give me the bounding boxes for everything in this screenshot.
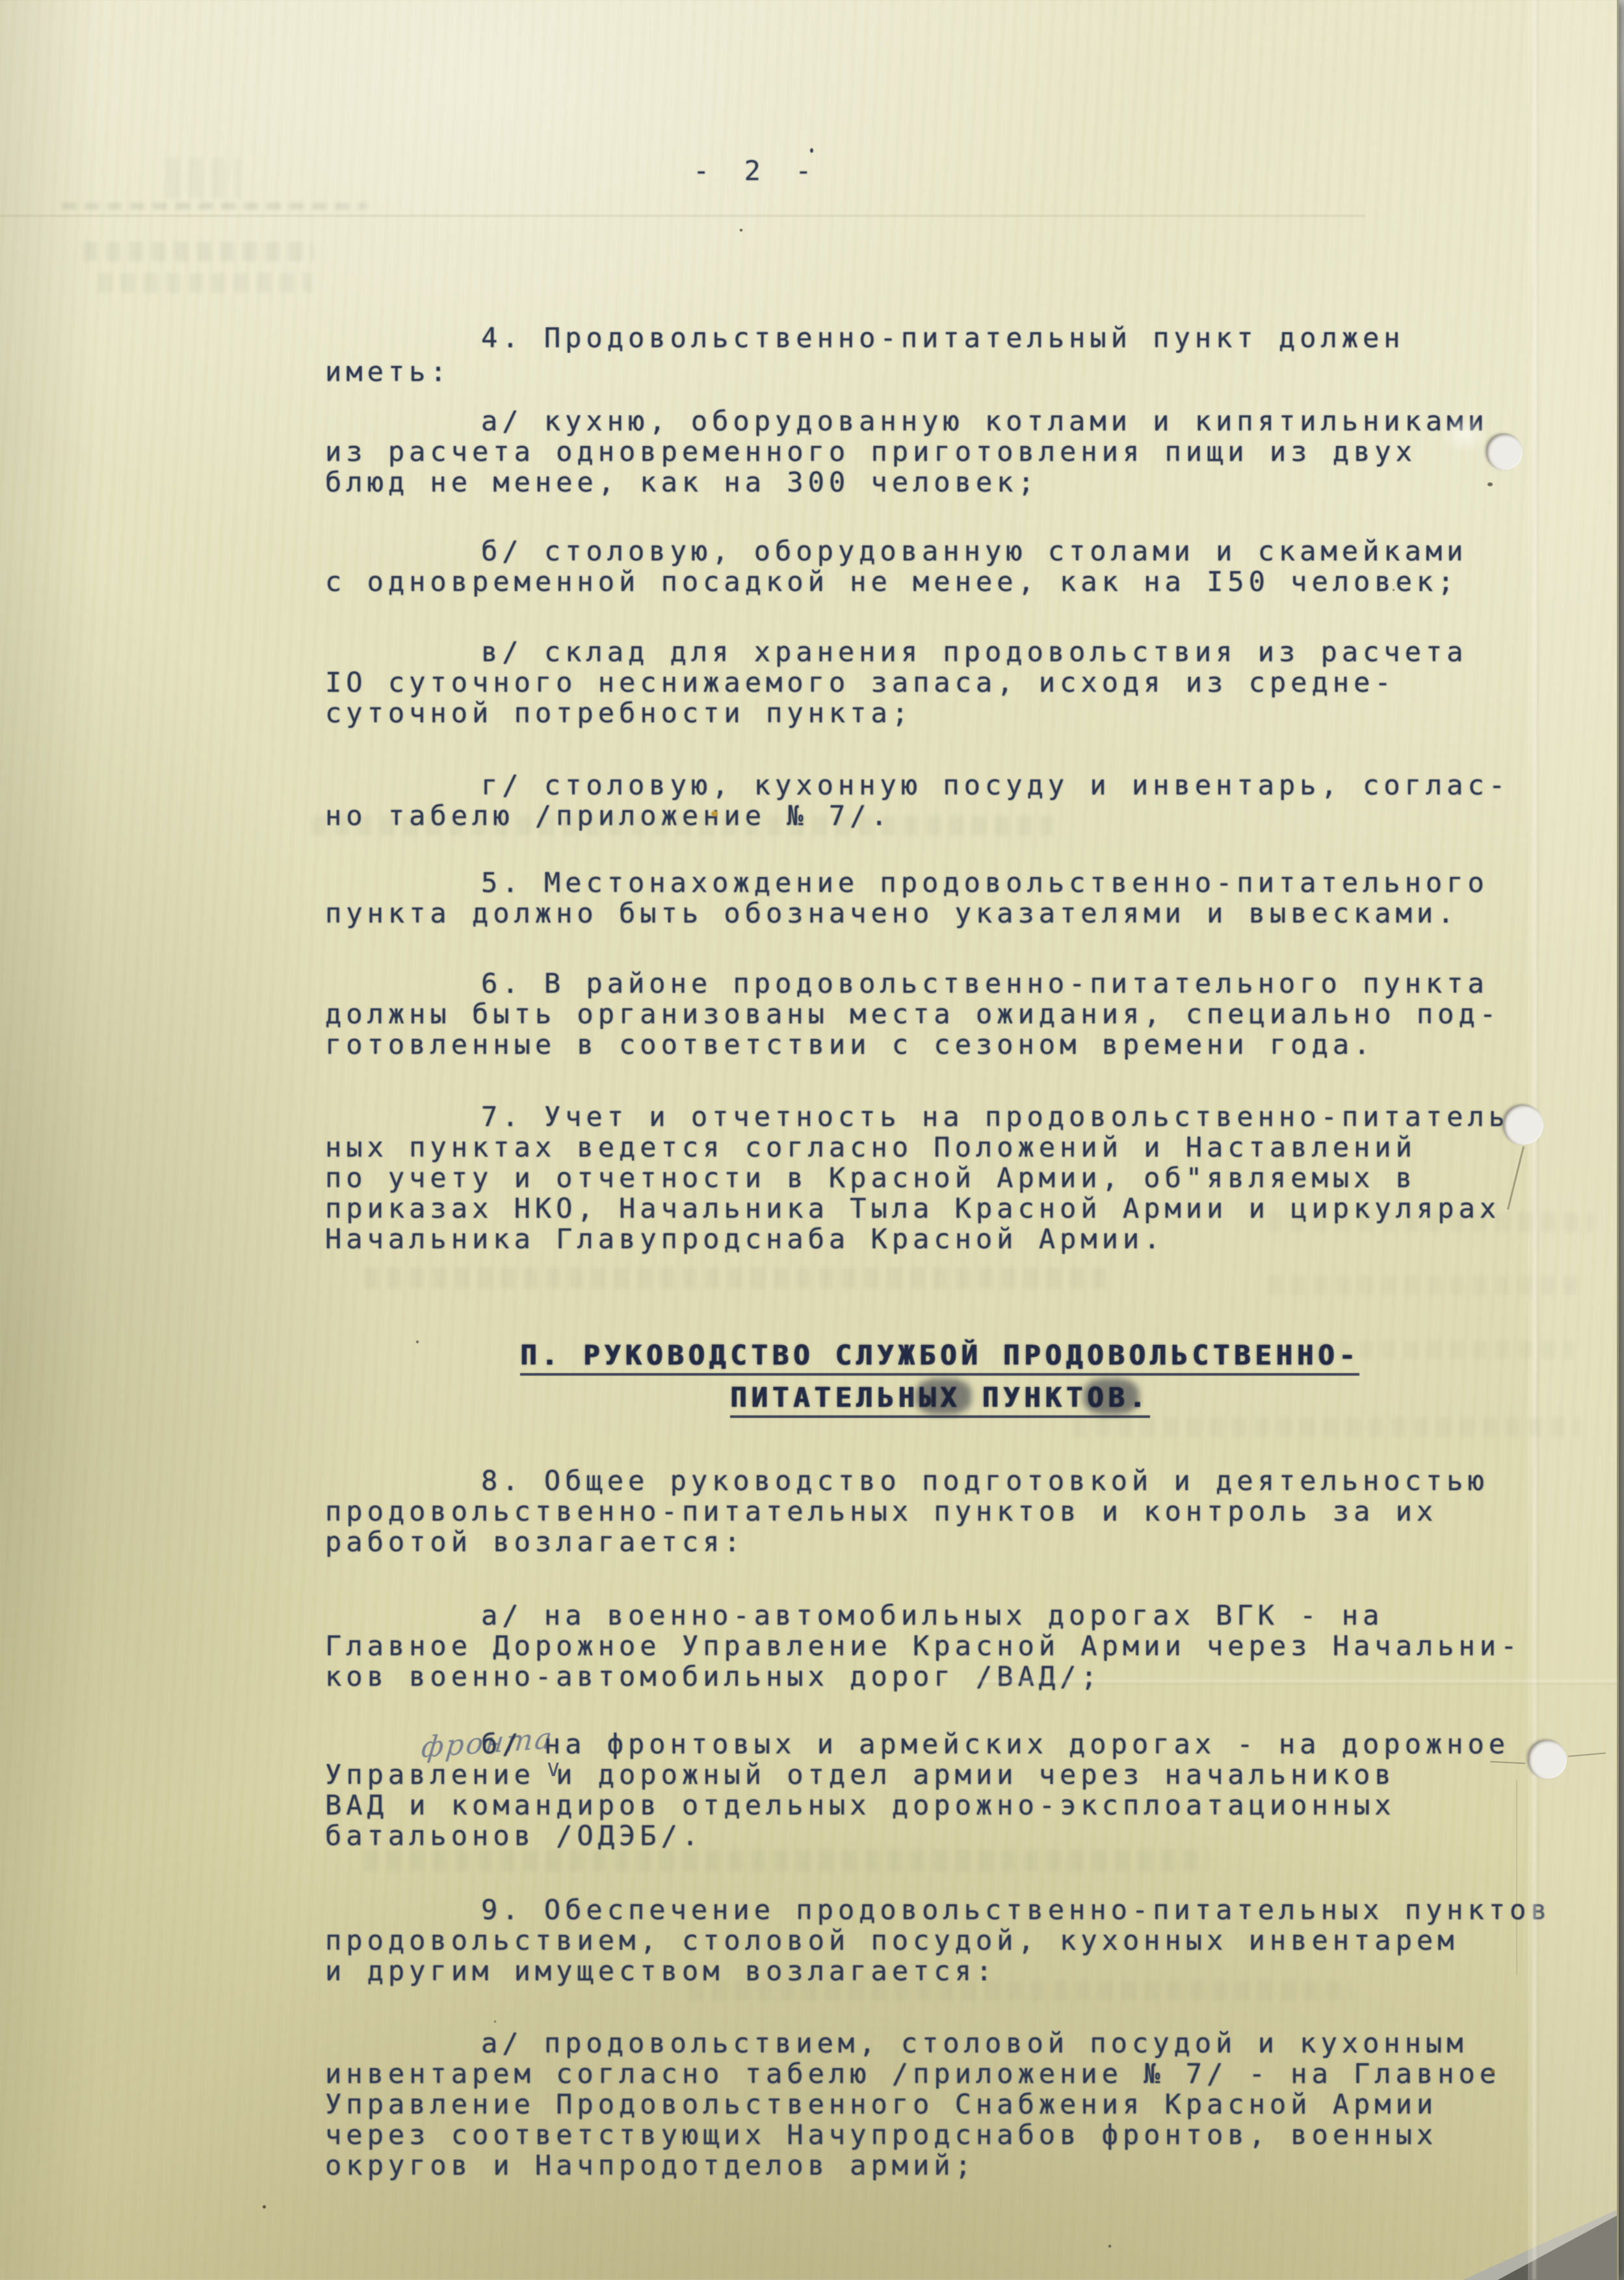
typed-line: б/ столовую, оборудованную столами и ска… [481, 536, 1467, 566]
typed-line: через соответствующих Начупродснабов фро… [325, 2120, 1437, 2150]
typed-line: 4. Продовольственно-питательный пункт до… [481, 323, 1405, 353]
speck [711, 811, 718, 817]
glint [1442, 416, 1487, 452]
paper-sheet: - 2 - П. РУКОВОДСТВО СЛУЖБОЙ ПРОДОВОЛЬСТ… [0, 0, 1619, 2280]
speck [1108, 2245, 1111, 2247]
ghost [1073, 1417, 1580, 1437]
typed-line: б/ на фронтовых и армейских дорогах - на… [481, 1729, 1510, 1759]
tear [1490, 1761, 1525, 1764]
typed-line: с одновременной посадкой не менее, как н… [325, 567, 1458, 597]
speck [1491, 2069, 1495, 2073]
typed-line: Управление и дорожный отдел армии через … [325, 1760, 1396, 1790]
ghost [83, 242, 314, 261]
typed-line: ков военно-автомобильных дорог /ВАД/; [325, 1662, 1102, 1692]
typed-line: в/ склад для хранения продовольствия из … [481, 637, 1467, 667]
ghost [98, 273, 312, 293]
ghost [1268, 1276, 1580, 1295]
ghost [689, 1981, 1352, 2000]
typed-line: суточной потребности пункта; [325, 698, 913, 728]
typed-line: округов и Начпродотделов армий; [325, 2151, 976, 2181]
band-light [1528, 0, 1617, 2280]
band-dark [0, 0, 98, 2280]
ghost [1268, 1212, 1593, 1232]
crease-dark [975, 1683, 1617, 1684]
speck [1487, 482, 1493, 486]
crease-light [975, 1680, 1617, 1682]
ghost [62, 203, 367, 209]
typed-line: а/ кухню, оборудованную котлами и кипяти… [481, 406, 1489, 436]
typed-line: продовольствием, столовой посудой, кухон… [325, 1926, 1458, 1956]
typed-line: ных пунктах ведется согласно Положений и… [325, 1133, 1417, 1162]
tear [1507, 1146, 1525, 1210]
typed-line: иметь: [325, 357, 451, 387]
ghost [166, 158, 241, 198]
typed-line: IO суточного неснижаемого запаса, исходя… [325, 668, 1396, 698]
typed-line: блюд не менее, как на 300 человек; [325, 467, 1039, 497]
typed-line: 5. Местонахождение продовольственно-пита… [481, 868, 1489, 898]
ghost [364, 1850, 1209, 1872]
typed-line: г/ столовую, кухонную посуду и инвентарь… [481, 770, 1510, 800]
typed-line: 6. В районе продовольственно-питательног… [481, 969, 1489, 999]
typed-line: 9. Обеспечение продовольственно-питатель… [481, 1895, 1552, 1925]
typed-line: Управление Продовольственного Снабжения … [325, 2090, 1437, 2119]
page-number: - 2 - [693, 155, 820, 187]
typed-line: батальонов /ОДЭБ/. [325, 1821, 703, 1851]
typed-line: готовленные в соответствии с сезоном вре… [325, 1030, 1374, 1060]
typed-line: инвентарем согласно табелю /приложение №… [325, 2059, 1500, 2089]
speck [494, 2021, 496, 2023]
blotch [1083, 1378, 1139, 1415]
typed-line: 8. Общее руководство подготовкой и деяте… [481, 1466, 1489, 1496]
punch-hole-top [1486, 434, 1523, 470]
tear [1516, 1780, 1517, 1975]
ghost [364, 1268, 1112, 1289]
punch-hole-middle [1503, 1105, 1543, 1145]
ghost [1313, 1341, 1573, 1359]
typed-line: пункта должно быть обозначено указателям… [325, 898, 1458, 928]
typed-line: 7. Учет и отчетность на продовольственно… [481, 1102, 1530, 1132]
typed-line: из расчета одновременного приготовления … [325, 437, 1417, 467]
typed-line: Начальника Главупродснаба Красной Армии. [325, 1224, 1164, 1254]
scanned-document-screenshot: { "document": { "language": "ru", "page_… [0, 0, 1624, 2280]
typed-line: продовольственно-питательных пунктов и к… [325, 1497, 1437, 1527]
section-heading-line1: П. РУКОВОДСТВО СЛУЖБОЙ ПРОДОВОЛЬСТВЕННО- [520, 1339, 1359, 1376]
speck [810, 148, 813, 153]
typed-line: по учету и отчетности в Красной Армии, о… [325, 1163, 1417, 1193]
speck [263, 2205, 266, 2208]
typed-line: Главное Дорожное Управление Красной Арми… [325, 1631, 1521, 1661]
typed-line: работой возлагается: [325, 1527, 745, 1557]
typed-line: а/ продовольствием, столовой посудой и к… [481, 2028, 1467, 2058]
typed-line: а/ на военно-автомобильных дорогах ВГК -… [481, 1601, 1383, 1631]
crease-dark [0, 215, 1365, 216]
speck [1393, 589, 1395, 591]
punch-hole-bottom [1528, 1740, 1567, 1779]
speck [416, 1341, 419, 1343]
crease-dark [1538, 0, 1539, 2280]
typed-line: должны быть организованы места ожидания,… [325, 999, 1500, 1029]
typed-line: ВАД и командиров отдельных дорожно-экспл… [325, 1790, 1396, 1820]
ghost [312, 816, 1053, 835]
speck [740, 229, 742, 231]
blotch [915, 1378, 971, 1415]
